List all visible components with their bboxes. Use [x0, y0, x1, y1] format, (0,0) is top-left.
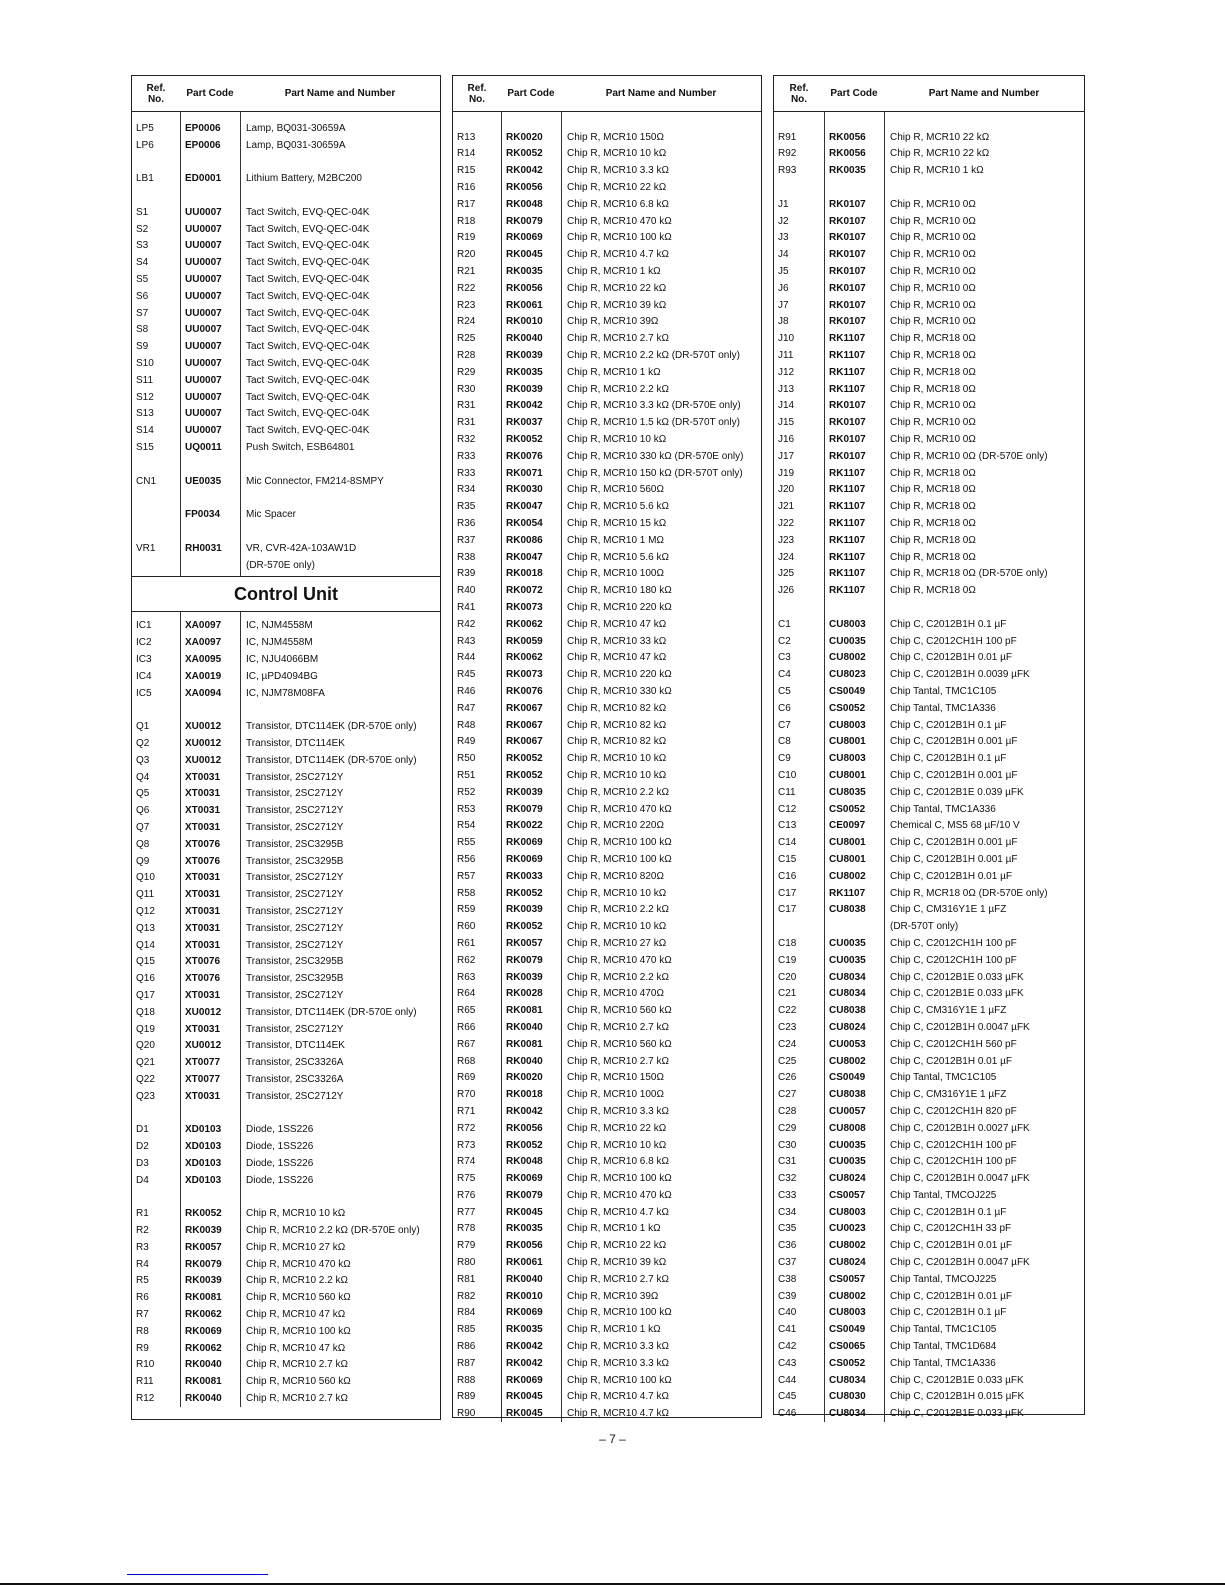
- part-name-cell: Tact Switch, EVQ-QEC-04K: [240, 291, 440, 302]
- part-code-cell: RK0030: [501, 484, 561, 495]
- part-code-cell: RK0107: [824, 434, 884, 445]
- part-code-cell: RK0020: [501, 132, 561, 143]
- ref-no-cell: S2: [132, 224, 180, 235]
- table-header: Ref. No. Part Code Part Name and Number: [453, 76, 761, 112]
- part-code-cell: EP0006: [180, 140, 240, 151]
- ref-no-cell: Q22: [132, 1074, 180, 1085]
- ref-no-cell: R51: [453, 770, 501, 781]
- part-name-cell: Chip C, C2012B1E 0.033 µFK: [884, 1375, 1084, 1386]
- ref-no-cell: R23: [453, 300, 501, 311]
- table-row: R87RK0042Chip R, MCR10 3.3 kΩ: [453, 1355, 761, 1372]
- ref-no-cell: LP5: [132, 123, 180, 134]
- part-name-cell: Transistor, DTC114EK (DR-570E only): [240, 755, 440, 766]
- part-name-cell: Chip C, C2012B1E 0.033 µFK: [884, 972, 1084, 983]
- part-code-cell: UQ0011: [180, 442, 240, 453]
- table-row: S2UU0007Tact Switch, EVQ-QEC-04K: [132, 221, 440, 238]
- part-name-cell: Tact Switch, EVQ-QEC-04K: [240, 308, 440, 319]
- table-row: S15UQ0011Push Switch, ESB64801: [132, 439, 440, 456]
- part-name-cell: Chip R, MCR10 2.7 kΩ: [561, 333, 761, 344]
- part-name-cell: Chip R, MCR10 820Ω: [561, 871, 761, 882]
- ref-no-cell: C17: [774, 904, 824, 915]
- table-row: R57RK0033Chip R, MCR10 820Ω: [453, 868, 761, 885]
- ref-no-cell: R82: [453, 1291, 501, 1302]
- table-row: Q12XT0031Transistor, 2SC2712Y: [132, 903, 440, 920]
- part-code-cell: RK0035: [501, 1223, 561, 1234]
- table-row: R9RK0062Chip R, MCR10 47 kΩ: [132, 1340, 440, 1357]
- table-row: C12CS0052Chip Tantal, TMC1A336: [774, 801, 1084, 818]
- part-code-cell: RK1107: [824, 585, 884, 596]
- part-code-cell: RK0107: [824, 300, 884, 311]
- part-name-cell: Chip C, CM316Y1E 1 µFZ: [884, 1005, 1084, 1016]
- part-code-cell: RK0107: [824, 249, 884, 260]
- table-row: R49RK0067Chip R, MCR10 82 kΩ: [453, 733, 761, 750]
- table-row: C17RK1107Chip R, MCR18 0Ω (DR-570E only): [774, 885, 1084, 902]
- ref-no-cell: Q3: [132, 755, 180, 766]
- part-name-cell: Transistor, 2SC2712Y: [240, 906, 440, 917]
- part-code-cell: RK0056: [501, 182, 561, 193]
- parts-table-1: Ref. No. Part Code Part Name and Number …: [131, 75, 441, 1420]
- part-code-cell: UU0007: [180, 408, 240, 419]
- ref-no-cell: R89: [453, 1391, 501, 1402]
- part-name-cell: Chip R, MCR10 100 kΩ: [240, 1326, 440, 1337]
- table-row: R47RK0067Chip R, MCR10 82 kΩ: [453, 700, 761, 717]
- ref-no-cell: Q9: [132, 856, 180, 867]
- part-name-cell: Transistor, 2SC2712Y: [240, 1024, 440, 1035]
- part-name-cell: Chip R, MCR10 6.8 kΩ: [561, 1156, 761, 1167]
- table-row: LP5EP0006Lamp, BQ031-30659A: [132, 120, 440, 137]
- part-code-cell: CS0049: [824, 686, 884, 697]
- part-name-cell: Chip C, C2012CH1H 100 pF: [884, 1140, 1084, 1151]
- part-code-cell: CU0023: [824, 1223, 884, 1234]
- part-code-cell: CS0052: [824, 804, 884, 815]
- part-name-cell: Chip R, MCR10 47 kΩ: [240, 1309, 440, 1320]
- ref-no-cell: R36: [453, 518, 501, 529]
- ref-no-cell: C8: [774, 736, 824, 747]
- part-name-cell: Chip R, MCR18 0Ω: [884, 535, 1084, 546]
- part-code-cell: UU0007: [180, 257, 240, 268]
- part-name-cell: Chip R, MCR18 0Ω: [884, 484, 1084, 495]
- table-row: R73RK0052Chip R, MCR10 10 kΩ: [453, 1137, 761, 1154]
- table-row: S8UU0007Tact Switch, EVQ-QEC-04K: [132, 322, 440, 339]
- part-code-cell: XT0077: [180, 1074, 240, 1085]
- header-ref-no: Ref. No.: [774, 83, 824, 105]
- table-row: J25RK1107Chip R, MCR18 0Ω (DR-570E only): [774, 566, 1084, 583]
- part-name-cell: Chip R, MCR10 3.3 kΩ: [561, 1106, 761, 1117]
- part-code-cell: RK0069: [501, 1375, 561, 1386]
- part-name-cell: Chip C, C2012CH1H 100 pF: [884, 1156, 1084, 1167]
- part-name-cell: Chip Tantal, TMC1A336: [884, 703, 1084, 714]
- part-name-cell: Chip C, C2012B1H 0.1 µF: [884, 720, 1084, 731]
- ref-no-cell: R84: [453, 1307, 501, 1318]
- ref-no-cell: J13: [774, 384, 824, 395]
- part-code-cell: RK0039: [501, 787, 561, 798]
- part-code-cell: CU8038: [824, 1005, 884, 1016]
- part-name-cell: Chip C, C2012CH1H 100 pF: [884, 636, 1084, 647]
- table-row: C45CU8030Chip C, C2012B1H 0.015 µFK: [774, 1389, 1084, 1406]
- part-code-cell: XT0031: [180, 805, 240, 816]
- table-row: J20RK1107Chip R, MCR18 0Ω: [774, 482, 1084, 499]
- ref-no-cell: R45: [453, 669, 501, 680]
- part-name-cell: Tact Switch, EVQ-QEC-04K: [240, 240, 440, 251]
- ref-no-cell: C6: [774, 703, 824, 714]
- ref-no-cell: Q15: [132, 956, 180, 967]
- table-row: C8CU8001Chip C, C2012B1H 0.001 µF: [774, 733, 1084, 750]
- part-code-cell: RK0039: [501, 384, 561, 395]
- table-row: Q15XT0076Transistor, 2SC3295B: [132, 953, 440, 970]
- part-code-cell: RK1107: [824, 535, 884, 546]
- ref-no-cell: R2: [132, 1225, 180, 1236]
- part-name-cell: Chip R, MCR10 10 kΩ: [561, 888, 761, 899]
- table-row: Q3XU0012Transistor, DTC114EK (DR-570E on…: [132, 752, 440, 769]
- part-name-cell: Chip R, MCR10 330 kΩ (DR-570E only): [561, 451, 761, 462]
- ref-no-cell: D2: [132, 1141, 180, 1152]
- part-name-cell: Chip R, MCR10 22 kΩ: [561, 1240, 761, 1251]
- part-code-cell: XT0076: [180, 956, 240, 967]
- ref-no-cell: R37: [453, 535, 501, 546]
- ref-no-cell: C26: [774, 1072, 824, 1083]
- part-name-cell: Chip C, C2012B1H 0.01 µF: [884, 1056, 1084, 1067]
- part-name-cell: Transistor, 2SC2712Y: [240, 822, 440, 833]
- header-part-name: Part Name and Number: [884, 88, 1084, 99]
- ref-no-cell: R48: [453, 720, 501, 731]
- part-code-cell: RK0061: [501, 300, 561, 311]
- part-code-cell: CU8034: [824, 1375, 884, 1386]
- part-name-cell: Chip R, MCR18 0Ω: [884, 501, 1084, 512]
- part-code-cell: RK0079: [501, 804, 561, 815]
- table-row: R52RK0039Chip R, MCR10 2.2 kΩ: [453, 784, 761, 801]
- table-row: R31RK0042Chip R, MCR10 3.3 kΩ (DR-570E o…: [453, 398, 761, 415]
- part-name-cell: Chip R, MCR10 2.7 kΩ: [561, 1022, 761, 1033]
- table-row: Q5XT0031Transistor, 2SC2712Y: [132, 785, 440, 802]
- part-name-cell: Tact Switch, EVQ-QEC-04K: [240, 358, 440, 369]
- part-code-cell: CU0035: [824, 1156, 884, 1167]
- ref-no-cell: R52: [453, 787, 501, 798]
- part-name-cell: Chip R, MCR10 2.7 kΩ: [240, 1393, 440, 1404]
- table-row: R11RK0081Chip R, MCR10 560 kΩ: [132, 1373, 440, 1390]
- row-spacer: [132, 702, 440, 719]
- part-name-cell: Chip R, MCR18 0Ω (DR-570E only): [884, 568, 1084, 579]
- part-code-cell: UE0035: [180, 476, 240, 487]
- ref-no-cell: R59: [453, 904, 501, 915]
- table-row: J4RK0107Chip R, MCR10 0Ω: [774, 246, 1084, 263]
- part-name-cell: Tact Switch, EVQ-QEC-04K: [240, 341, 440, 352]
- ref-no-cell: R64: [453, 988, 501, 999]
- part-name-cell: IC, NJU4066BM: [240, 654, 440, 665]
- part-name-cell: Chip R, MCR10 150Ω: [561, 1072, 761, 1083]
- part-code-cell: XT0076: [180, 973, 240, 984]
- part-name-cell: Chip R, MCR10 10 kΩ: [561, 921, 761, 932]
- ref-no-cell: C2: [774, 636, 824, 647]
- ref-no-cell: C31: [774, 1156, 824, 1167]
- part-code-cell: CU8038: [824, 904, 884, 915]
- table-row: R84RK0069Chip R, MCR10 100 kΩ: [453, 1305, 761, 1322]
- table-body: LP5EP0006Lamp, BQ031-30659ALP6EP0006Lamp…: [132, 112, 440, 1407]
- table-row: S9UU0007Tact Switch, EVQ-QEC-04K: [132, 338, 440, 355]
- part-code-cell: CE0097: [824, 820, 884, 831]
- part-name-cell: Chip C, C2012B1H 0.1 µF: [884, 753, 1084, 764]
- ref-no-cell: J17: [774, 451, 824, 462]
- table-row: R61RK0057Chip R, MCR10 27 kΩ: [453, 935, 761, 952]
- ref-no-cell: Q10: [132, 872, 180, 883]
- part-code-cell: RK0039: [180, 1275, 240, 1286]
- part-code-cell: RK0062: [501, 652, 561, 663]
- table-row: R28RK0039Chip R, MCR10 2.2 kΩ (DR-570T o…: [453, 347, 761, 364]
- ref-no-cell: C9: [774, 753, 824, 764]
- part-code-cell: XU0012: [180, 755, 240, 766]
- part-name-cell: Lamp, BQ031-30659A: [240, 123, 440, 134]
- table-row: C19CU0035Chip C, C2012CH1H 100 pF: [774, 952, 1084, 969]
- part-code-cell: RK1107: [824, 333, 884, 344]
- part-code-cell: RK0107: [824, 451, 884, 462]
- ref-no-cell: R24: [453, 316, 501, 327]
- part-name-cell: Transistor, DTC114EK (DR-570E only): [240, 1007, 440, 1018]
- table-row: (DR-570E only): [132, 557, 440, 574]
- part-name-cell: Chip Tantal, TMC1A336: [884, 804, 1084, 815]
- table-row: R33RK0076Chip R, MCR10 330 kΩ (DR-570E o…: [453, 448, 761, 465]
- ref-no-cell: J25: [774, 568, 824, 579]
- part-name-cell: IC, NJM78M08FA: [240, 688, 440, 699]
- ref-no-cell: C16: [774, 871, 824, 882]
- table-row: Q11XT0031Transistor, 2SC2712Y: [132, 886, 440, 903]
- part-code-cell: UU0007: [180, 224, 240, 235]
- part-name-cell: Chip R, MCR10 27 kΩ: [561, 938, 761, 949]
- table-row: J13RK1107Chip R, MCR18 0Ω: [774, 381, 1084, 398]
- ref-no-cell: R39: [453, 568, 501, 579]
- ref-no-cell: R54: [453, 820, 501, 831]
- part-name-cell: Chip R, MCR10 1 kΩ: [884, 165, 1084, 176]
- part-code-cell: RK0045: [501, 1207, 561, 1218]
- part-name-cell: Transistor, DTC114EK: [240, 1040, 440, 1051]
- ref-no-cell: C29: [774, 1123, 824, 1134]
- ref-no-cell: J3: [774, 232, 824, 243]
- ref-no-cell: C4: [774, 669, 824, 680]
- table-row: R37RK0086Chip R, MCR10 1 MΩ: [453, 532, 761, 549]
- part-code-cell: RK0035: [501, 266, 561, 277]
- ref-no-cell: R11: [132, 1376, 180, 1387]
- part-name-cell: (DR-570T only): [884, 921, 1084, 932]
- table-row: R48RK0067Chip R, MCR10 82 kΩ: [453, 717, 761, 734]
- ref-no-cell: C33: [774, 1190, 824, 1201]
- table-row: R74RK0048Chip R, MCR10 6.8 kΩ: [453, 1153, 761, 1170]
- part-code-cell: RK0069: [501, 232, 561, 243]
- ref-no-cell: J19: [774, 468, 824, 479]
- part-name-cell: Chip C, C2012CH1H 560 pF: [884, 1039, 1084, 1050]
- part-code-cell: RK0040: [501, 1274, 561, 1285]
- part-code-cell: RK0052: [501, 770, 561, 781]
- table-row: C28CU0057Chip C, C2012CH1H 820 pF: [774, 1103, 1084, 1120]
- part-code-cell: CU8034: [824, 1408, 884, 1419]
- table-row: C25CU8002Chip C, C2012B1H 0.01 µF: [774, 1053, 1084, 1070]
- ref-no-cell: R72: [453, 1123, 501, 1134]
- ref-no-cell: S3: [132, 240, 180, 251]
- table-row: C18CU0035Chip C, C2012CH1H 100 pF: [774, 935, 1084, 952]
- part-code-cell: CU0053: [824, 1039, 884, 1050]
- part-code-cell: XT0031: [180, 788, 240, 799]
- ref-no-cell: Q17: [132, 990, 180, 1001]
- ref-no-cell: R76: [453, 1190, 501, 1201]
- table-row: S12UU0007Tact Switch, EVQ-QEC-04K: [132, 389, 440, 406]
- table-row: R42RK0062Chip R, MCR10 47 kΩ: [453, 616, 761, 633]
- ref-no-cell: Q7: [132, 822, 180, 833]
- table-row: C36CU8002Chip C, C2012B1H 0.01 µF: [774, 1237, 1084, 1254]
- row-spacer: [132, 456, 440, 473]
- part-code-cell: FP0034: [180, 509, 240, 520]
- part-name-cell: Tact Switch, EVQ-QEC-04K: [240, 257, 440, 268]
- table-row: C22CU8038Chip C, CM316Y1E 1 µFZ: [774, 1002, 1084, 1019]
- part-name-cell: Chip R, MCR10 47 kΩ: [561, 652, 761, 663]
- part-name-cell: Chip C, C2012B1H 0.001 µF: [884, 736, 1084, 747]
- part-code-cell: RK0040: [501, 1022, 561, 1033]
- ref-no-cell: S6: [132, 291, 180, 302]
- table-row: R79RK0056Chip R, MCR10 22 kΩ: [453, 1237, 761, 1254]
- part-name-cell: Chip C, C2012B1H 0.01 µF: [884, 1291, 1084, 1302]
- part-code-cell: CU8002: [824, 871, 884, 882]
- part-code-cell: CU8003: [824, 1307, 884, 1318]
- table-row: R17RK0048Chip R, MCR10 6.8 kΩ: [453, 196, 761, 213]
- part-code-cell: RK0047: [501, 552, 561, 563]
- ref-no-cell: R66: [453, 1022, 501, 1033]
- table-row: Q22XT0077Transistor, 2SC3326A: [132, 1071, 440, 1088]
- part-code-cell: RK0042: [501, 1358, 561, 1369]
- ref-no-cell: J1: [774, 199, 824, 210]
- part-name-cell: Transistor, 2SC2712Y: [240, 805, 440, 816]
- header-ref-no: Ref. No.: [453, 83, 501, 105]
- ref-no-cell: C30: [774, 1140, 824, 1151]
- part-name-cell: Chip C, C2012B1E 0.039 µFK: [884, 787, 1084, 798]
- part-name-cell: Chip R, MCR10 3.3 kΩ: [561, 1358, 761, 1369]
- ref-no-cell: C21: [774, 988, 824, 999]
- part-name-cell: Chip R, MCR10 560 kΩ: [240, 1376, 440, 1387]
- header-part-name: Part Name and Number: [561, 88, 761, 99]
- part-code-cell: RK0052: [501, 1140, 561, 1151]
- ref-no-cell: R9: [132, 1343, 180, 1354]
- header-part-name: Part Name and Number: [240, 88, 440, 99]
- part-name-cell: Chip R, MCR10 470 kΩ: [561, 955, 761, 966]
- ref-no-cell: C35: [774, 1223, 824, 1234]
- part-name-cell: Chip C, C2012CH1H 100 pF: [884, 955, 1084, 966]
- part-code-cell: RK0052: [180, 1208, 240, 1219]
- table-row: R85RK0035Chip R, MCR10 1 kΩ: [453, 1321, 761, 1338]
- part-code-cell: RK0061: [501, 1257, 561, 1268]
- ref-no-cell: C41: [774, 1324, 824, 1335]
- table-row: R7RK0062Chip R, MCR10 47 kΩ: [132, 1306, 440, 1323]
- ref-no-cell: Q4: [132, 772, 180, 783]
- table-row: (DR-570T only): [774, 918, 1084, 935]
- table-row: C29CU8008Chip C, C2012B1H 0.0027 µFK: [774, 1120, 1084, 1137]
- part-code-cell: RK0033: [501, 871, 561, 882]
- ref-no-cell: R22: [453, 283, 501, 294]
- part-name-cell: Chip R, MCR10 2.2 kΩ (DR-570T only): [561, 350, 761, 361]
- table-row: R5RK0039Chip R, MCR10 2.2 kΩ: [132, 1273, 440, 1290]
- part-code-cell: RK0107: [824, 199, 884, 210]
- table-row: R69RK0020Chip R, MCR10 150Ω: [453, 1069, 761, 1086]
- table-row: VR1RH0031VR, CVR-42A-103AW1D: [132, 540, 440, 557]
- table-row: R90RK0045Chip R, MCR10 4.7 kΩ: [453, 1405, 761, 1422]
- ref-no-cell: Q8: [132, 839, 180, 850]
- ref-no-cell: J4: [774, 249, 824, 260]
- ref-no-cell: J23: [774, 535, 824, 546]
- part-code-cell: CU8003: [824, 619, 884, 630]
- table-row: J26RK1107Chip R, MCR18 0Ω: [774, 582, 1084, 599]
- part-name-cell: Tact Switch, EVQ-QEC-04K: [240, 375, 440, 386]
- part-name-cell: Chip R, MCR10 6.8 kΩ: [561, 199, 761, 210]
- table-row: R75RK0069Chip R, MCR10 100 kΩ: [453, 1170, 761, 1187]
- part-code-cell: RK1107: [824, 384, 884, 395]
- part-code-cell: RK0047: [501, 501, 561, 512]
- ref-no-cell: J11: [774, 350, 824, 361]
- part-code-cell: RK0067: [501, 720, 561, 731]
- table-row: R45RK0073Chip R, MCR10 220 kΩ: [453, 666, 761, 683]
- table-row: R39RK0018Chip R, MCR10 100Ω: [453, 566, 761, 583]
- part-code-cell: RK0067: [501, 736, 561, 747]
- part-code-cell: UU0007: [180, 358, 240, 369]
- part-name-cell: Chip R, MCR10 5.6 kΩ: [561, 501, 761, 512]
- part-code-cell: XT0031: [180, 940, 240, 951]
- part-code-cell: CU8002: [824, 652, 884, 663]
- part-code-cell: CU8034: [824, 972, 884, 983]
- part-code-cell: RK0037: [501, 417, 561, 428]
- part-name-cell: Chip R, MCR18 0Ω: [884, 585, 1084, 596]
- part-name-cell: Chip R, MCR10 2.7 kΩ: [240, 1359, 440, 1370]
- ref-no-cell: D3: [132, 1158, 180, 1169]
- part-name-cell: Transistor, 2SC2712Y: [240, 872, 440, 883]
- table-row: C13CE0097Chemical C, MS5 68 µF/10 V: [774, 817, 1084, 834]
- part-name-cell: Chip R, MCR18 0Ω: [884, 333, 1084, 344]
- part-name-cell: (DR-570E only): [240, 560, 440, 571]
- part-code-cell: CS0057: [824, 1190, 884, 1201]
- table-row: C2CU0035Chip C, C2012CH1H 100 pF: [774, 633, 1084, 650]
- table-row: IC2XA0097IC, NJM4558M: [132, 634, 440, 651]
- part-name-cell: Chip Tantal, TMC1D684: [884, 1341, 1084, 1352]
- part-code-cell: RK0057: [501, 938, 561, 949]
- table-row: R68RK0040Chip R, MCR10 2.7 kΩ: [453, 1053, 761, 1070]
- part-name-cell: Chip R, MCR10 220Ω: [561, 820, 761, 831]
- part-code-cell: RK0069: [180, 1326, 240, 1337]
- section-title-control-unit: Control Unit: [132, 576, 440, 612]
- part-name-cell: Chip R, MCR10 3.3 kΩ (DR-570E only): [561, 400, 761, 411]
- table-row: Q10XT0031Transistor, 2SC2712Y: [132, 869, 440, 886]
- part-name-cell: Chip C, C2012B1H 0.0047 µFK: [884, 1173, 1084, 1184]
- part-name-cell: Chip C, C2012B1H 0.001 µF: [884, 837, 1084, 848]
- table-row: R31RK0037Chip R, MCR10 1.5 kΩ (DR-570T o…: [453, 414, 761, 431]
- part-name-cell: Chip R, MCR10 0Ω: [884, 300, 1084, 311]
- part-name-cell: Chip R, MCR10 2.2 kΩ: [561, 787, 761, 798]
- row-spacer: [132, 1189, 440, 1206]
- ref-no-cell: R33: [453, 451, 501, 462]
- table-row: R35RK0047Chip R, MCR10 5.6 kΩ: [453, 498, 761, 515]
- ref-no-cell: R29: [453, 367, 501, 378]
- ref-no-cell: C15: [774, 854, 824, 865]
- ref-no-cell: Q12: [132, 906, 180, 917]
- table-row: S1UU0007Tact Switch, EVQ-QEC-04K: [132, 204, 440, 221]
- part-code-cell: XT0031: [180, 872, 240, 883]
- table-row: J16RK0107Chip R, MCR10 0Ω: [774, 431, 1084, 448]
- table-row: R16RK0056Chip R, MCR10 22 kΩ: [453, 179, 761, 196]
- table-row: R72RK0056Chip R, MCR10 22 kΩ: [453, 1120, 761, 1137]
- part-name-cell: Chip C, C2012B1H 0.0027 µFK: [884, 1123, 1084, 1134]
- table-row: C16CU8002Chip C, C2012B1H 0.01 µF: [774, 868, 1084, 885]
- part-name-cell: Transistor, 2SC3295B: [240, 973, 440, 984]
- ref-no-cell: C13: [774, 820, 824, 831]
- row-spacer: [132, 154, 440, 171]
- ref-no-cell: J21: [774, 501, 824, 512]
- part-name-cell: Chip C, C2012B1H 0.01 µF: [884, 1240, 1084, 1251]
- ref-no-cell: R30: [453, 384, 501, 395]
- ref-no-cell: R6: [132, 1292, 180, 1303]
- part-code-cell: CU8002: [824, 1240, 884, 1251]
- ref-no-cell: R57: [453, 871, 501, 882]
- part-code-cell: XT0031: [180, 822, 240, 833]
